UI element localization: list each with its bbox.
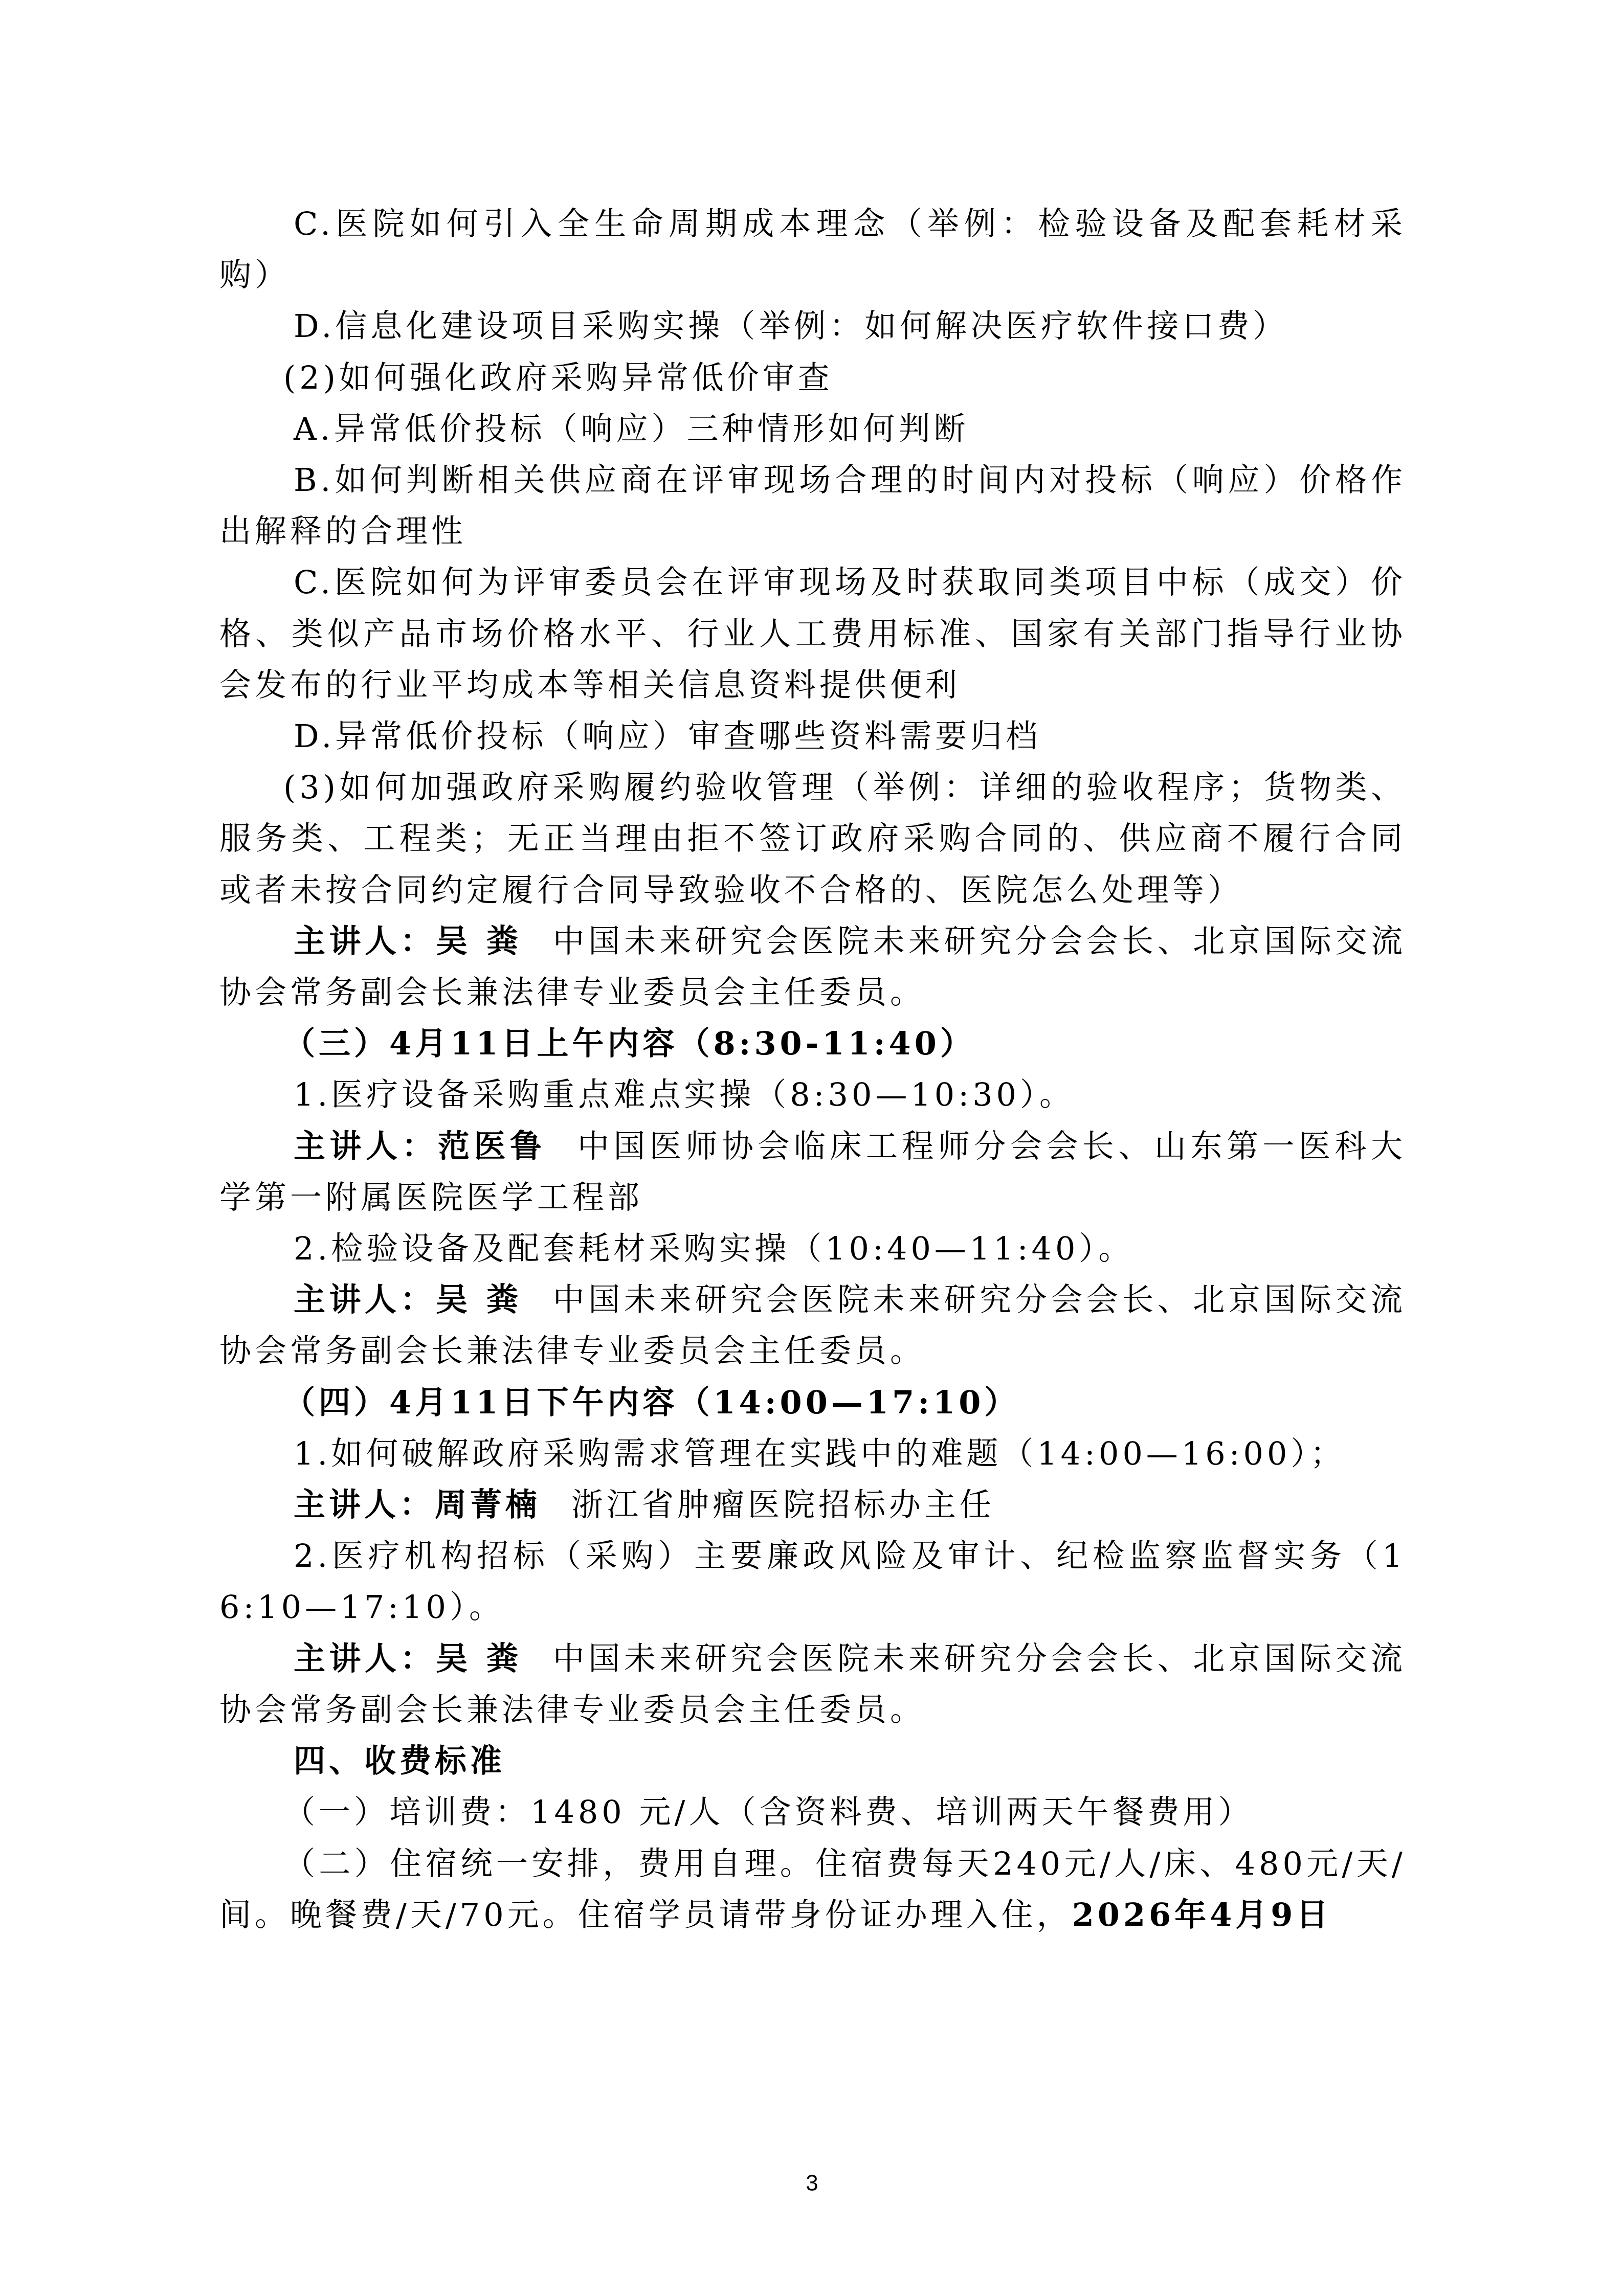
speaker-label: 主讲人：吴 粪 xyxy=(294,1640,522,1677)
paragraph-item-d-it-procurement: D.信息化建设项目采购实操（举例：如何解决医疗软件接口费） xyxy=(219,301,1406,352)
speaker-description: 浙江省肿瘤医院招标办主任 xyxy=(571,1486,995,1523)
page-number: 3 xyxy=(0,2171,1624,2196)
speaker-line: 主讲人：吴 粪中国未来研究会医院未来研究分会会长、北京国际交流协会常务副会长兼法… xyxy=(219,1633,1406,1736)
paragraph-item-2-low-price-review: (2)如何强化政府采购异常低价审查 xyxy=(219,352,1406,403)
speaker-label: 主讲人：周菁楠 xyxy=(294,1486,541,1523)
speaker-line: 主讲人：吴 粪中国未来研究会医院未来研究分会会长、北京国际交流协会常务副会长兼法… xyxy=(219,916,1406,1018)
fees-item-training: （一）培训费：1480 元/人（含资料费、培训两天午餐费用） xyxy=(219,1787,1406,1838)
section-heading-3: （三）4月11日上午内容（8:30-11:40） xyxy=(219,1018,1406,1069)
document-page: C.医院如何引入全生命周期成本理念（举例：检验设备及配套耗材采购） D.信息化建… xyxy=(0,0,1624,2296)
section-heading-4: （四）4月11日下午内容（14:00—17:10） xyxy=(219,1377,1406,1428)
document-body: C.医院如何引入全生命周期成本理念（举例：检验设备及配套耗材采购） D.信息化建… xyxy=(219,198,1406,1941)
paragraph-item-c-lifecycle-cost: C.医院如何引入全生命周期成本理念（举例：检验设备及配套耗材采购） xyxy=(219,198,1406,301)
checkin-date: 2026年4月9日 xyxy=(1072,1896,1332,1933)
paragraph-item-b-price-explanation: B.如何判断相关供应商在评审现场合理的时间内对投标（响应）价格作出解释的合理性 xyxy=(219,455,1406,557)
speaker-label: 主讲人：吴 粪 xyxy=(294,1281,522,1318)
paragraph-item-c-reference-info: C.医院如何为评审委员会在评审现场及时获取同类项目中标（成交）价格、类似产品市场… xyxy=(219,557,1406,711)
section-3-item-2: 2.检验设备及配套耗材采购实操（10:40—11:40）。 xyxy=(219,1223,1406,1274)
speaker-line: 主讲人：周菁楠浙江省肿瘤医院招标办主任 xyxy=(219,1479,1406,1530)
section-3-item-1: 1.医疗设备采购重点难点实操（8:30—10:30）。 xyxy=(219,1069,1406,1120)
fees-heading: 四、收费标准 xyxy=(219,1736,1406,1787)
speaker-line: 主讲人：范医鲁中国医师协会临床工程师分会会长、山东第一医科大学第一附属医院医学工… xyxy=(219,1121,1406,1223)
section-4-item-2: 2.医疗机构招标（采购）主要廉政风险及审计、纪检监察监督实务（16:10—17:… xyxy=(219,1530,1406,1633)
speaker-label: 主讲人：范医鲁 xyxy=(294,1128,546,1165)
speaker-line: 主讲人：吴 粪中国未来研究会医院未来研究分会会长、北京国际交流协会常务副会长兼法… xyxy=(219,1274,1406,1377)
paragraph-item-d-archive: D.异常低价投标（响应）审查哪些资料需要归档 xyxy=(219,711,1406,762)
paragraph-item-a-low-price-cases: A.异常低价投标（响应）三种情形如何判断 xyxy=(219,403,1406,455)
paragraph-item-3-acceptance: (3)如何加强政府采购履约验收管理（举例：详细的验收程序；货物类、服务类、工程类… xyxy=(219,762,1406,916)
section-4-item-1: 1.如何破解政府采购需求管理在实践中的难题（14:00—16:00）； xyxy=(219,1428,1406,1479)
fees-item-accommodation: （二）住宿统一安排，费用自理。住宿费每天240元/人/床、480元/天/间。晚餐… xyxy=(219,1838,1406,1941)
speaker-label: 主讲人：吴 粪 xyxy=(294,922,522,960)
